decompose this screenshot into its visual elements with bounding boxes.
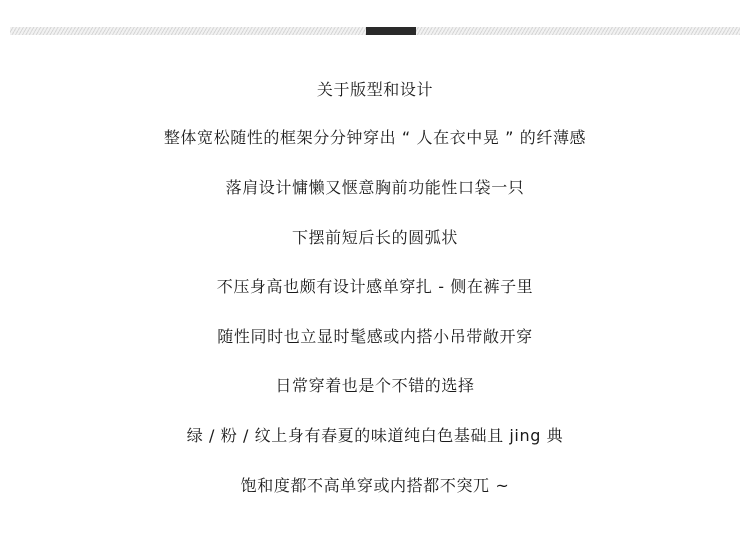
description-line-8: 饱和度都不高单穿或内搭都不突兀 ~: [0, 476, 750, 496]
description-line-3: 下摆前短后长的圆弧状: [0, 228, 750, 248]
description-line-5: 随性同时也立显时髦感或内搭小吊带敞开穿: [0, 327, 750, 347]
description-line-7: 绿 / 粉 / 纹上身有春夏的味道纯白色基础且 jing 典: [0, 426, 750, 446]
divider-accent-mark: [366, 27, 416, 35]
description-line-6: 日常穿着也是个不错的选择: [0, 376, 750, 396]
section-title: 关于版型和设计: [0, 80, 750, 100]
description-line-4: 不压身高也颇有设计感单穿扎 - 侧在裤子里: [0, 277, 750, 297]
description-line-1: 整体宽松随性的框架分分钟穿出 “ 人在衣中晃 ” 的纤薄感: [0, 128, 750, 148]
description-line-2: 落肩设计慵懒又惬意胸前功能性口袋一只: [0, 178, 750, 198]
